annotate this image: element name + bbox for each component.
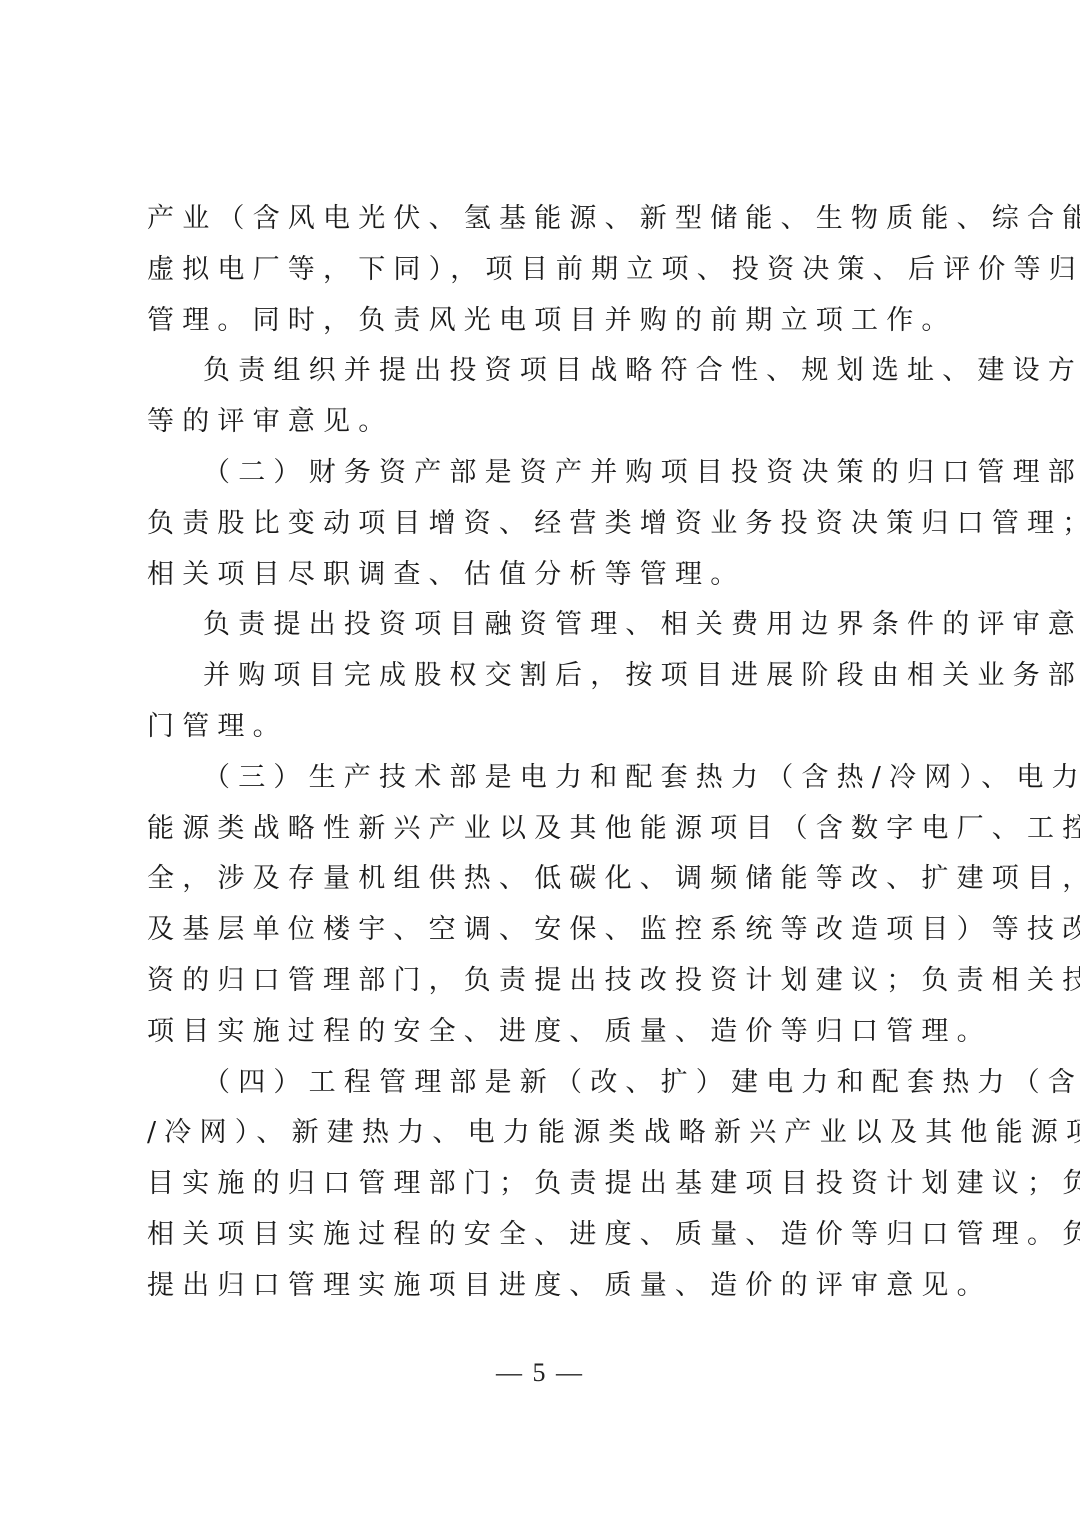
paragraph-merger-handover: 并购项目完成股权交割后，按项目进展阶段由相关业务部 门管理。 <box>147 651 947 753</box>
text-line: （三）生产技术部是电力和配套热力（含热/冷网）、电力 <box>147 753 947 804</box>
text-line: （四）工程管理部是新（改、扩）建电力和配套热力（含热 <box>147 1058 947 1109</box>
document-page: 产业（含风电光伏、氢基能源、新型储能、生物质能、综合能源、 虚拟电厂等，下同），… <box>0 0 1080 1527</box>
text-line: 管理。同时，负责风光电项目并购的前期立项工作。 <box>147 296 947 347</box>
text-line: 项目实施过程的安全、进度、质量、造价等归口管理。 <box>147 1007 947 1058</box>
paragraph-review-opinions: 负责组织并提出投资项目战略符合性、规划选址、建设方案 等的评审意见。 <box>147 346 947 448</box>
text-line: 负责股比变动项目增资、经营类增资业务投资决策归口管理；负责 <box>147 499 947 550</box>
text-line: （二）财务资产部是资产并购项目投资决策的归口管理部门， <box>147 448 947 499</box>
text-line: 虚拟电厂等，下同），项目前期立项、投资决策、后评价等归口 <box>147 245 947 296</box>
text-line: 资的归口管理部门，负责提出技改投资计划建议；负责相关技改 <box>147 956 947 1007</box>
text-line: 提出归口管理实施项目进度、质量、造价的评审意见。 <box>147 1261 947 1312</box>
paragraph-financing-review: 负责提出投资项目融资管理、相关费用边界条件的评审意见。 <box>147 600 947 651</box>
text-line: 等的评审意见。 <box>147 397 947 448</box>
text-line: 及基层单位楼宇、空调、安保、监控系统等改造项目）等技改投 <box>147 905 947 956</box>
paragraph-production-tech-dept: （三）生产技术部是电力和配套热力（含热/冷网）、电力 能源类战略性新兴产业以及其… <box>147 753 947 1058</box>
page-number: — 5 — <box>0 1358 1080 1388</box>
paragraph-scope-continuation: 产业（含风电光伏、氢基能源、新型储能、生物质能、综合能源、 虚拟电厂等，下同），… <box>147 194 947 346</box>
text-line: 全，涉及存量机组供热、低碳化、调频储能等改、扩建项目，以 <box>147 854 947 905</box>
text-line: 能源类战略性新兴产业以及其他能源项目（含数字电厂、工控安 <box>147 804 947 855</box>
text-line: 产业（含风电光伏、氢基能源、新型储能、生物质能、综合能源、 <box>147 194 947 245</box>
text-line: 门管理。 <box>147 702 947 753</box>
text-line: 并购项目完成股权交割后，按项目进展阶段由相关业务部 <box>147 651 947 702</box>
text-line: 目实施的归口管理部门；负责提出基建项目投资计划建议；负责 <box>147 1159 947 1210</box>
text-line: 相关项目实施过程的安全、进度、质量、造价等归口管理。负责 <box>147 1210 947 1261</box>
paragraph-finance-dept: （二）财务资产部是资产并购项目投资决策的归口管理部门， 负责股比变动项目增资、经… <box>147 448 947 600</box>
text-line: 相关项目尽职调查、估值分析等管理。 <box>147 550 947 601</box>
document-body: 产业（含风电光伏、氢基能源、新型储能、生物质能、综合能源、 虚拟电厂等，下同），… <box>147 194 947 1312</box>
text-line: 负责组织并提出投资项目战略符合性、规划选址、建设方案 <box>147 346 947 397</box>
paragraph-engineering-dept: （四）工程管理部是新（改、扩）建电力和配套热力（含热 /冷网）、新建热力、电力能… <box>147 1058 947 1312</box>
text-line: /冷网）、新建热力、电力能源类战略新兴产业以及其他能源项 <box>147 1108 947 1159</box>
text-line: 负责提出投资项目融资管理、相关费用边界条件的评审意见。 <box>147 600 947 651</box>
